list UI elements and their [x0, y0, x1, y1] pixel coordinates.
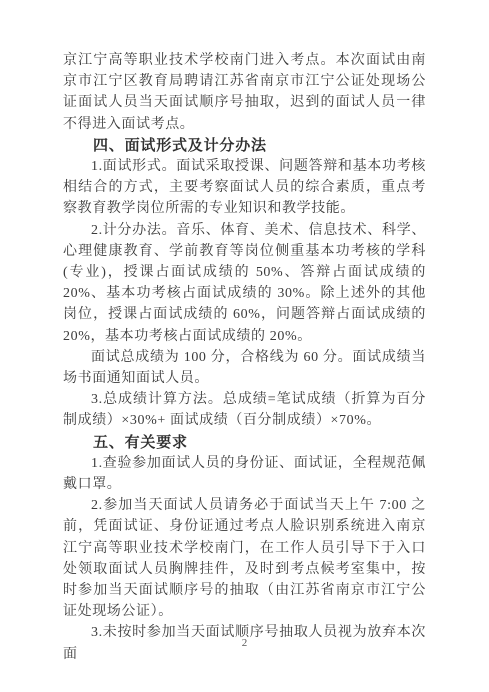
- paragraph-scoring-method: 2.计分办法。音乐、体育、美术、信息技术、科学、心理健康教育、学前教育等岗位侧重…: [63, 220, 426, 347]
- document-body: 京江宁高等职业技术学校南门进入考点。本次面试由南京市江宁区教育局聘请江苏省南京市…: [63, 50, 426, 665]
- document-page: 京江宁高等职业技术学校南门进入考点。本次面试由南京市江宁区教育局聘请江苏省南京市…: [0, 0, 489, 692]
- paragraph-final-score-formula: 3.总成绩计算方法。总成绩=笔试成绩（折算为百分制成绩）×30%+ 面试成绩（百…: [63, 389, 426, 431]
- section-heading-requirements: 五、有关要求: [63, 432, 426, 453]
- paragraph-total-score-passline: 面试总成绩为 100 分，合格线为 60 分。面试成绩当场书面通知面试人员。: [63, 347, 426, 389]
- paragraph-id-check: 1.查验参加面试人员的身份证、面试证，全程规范佩戴口罩。: [63, 453, 426, 495]
- paragraph-arrival-instructions: 2.参加当天面试人员请务必于面试当天上午 7:00 之前，凭面试证、身份证通过考…: [63, 495, 426, 622]
- paragraph-entry-notice-continued: 京江宁高等职业技术学校南门进入考点。本次面试由南京市江宁区教育局聘请江苏省南京市…: [63, 50, 426, 135]
- section-heading-interview-format: 四、面试形式及计分办法: [63, 135, 426, 156]
- page-number: 2: [0, 637, 489, 649]
- paragraph-interview-format: 1.面试形式。面试采取授课、问题答辩和基本功考核相结合的方式，主要考察面试人员的…: [63, 156, 426, 220]
